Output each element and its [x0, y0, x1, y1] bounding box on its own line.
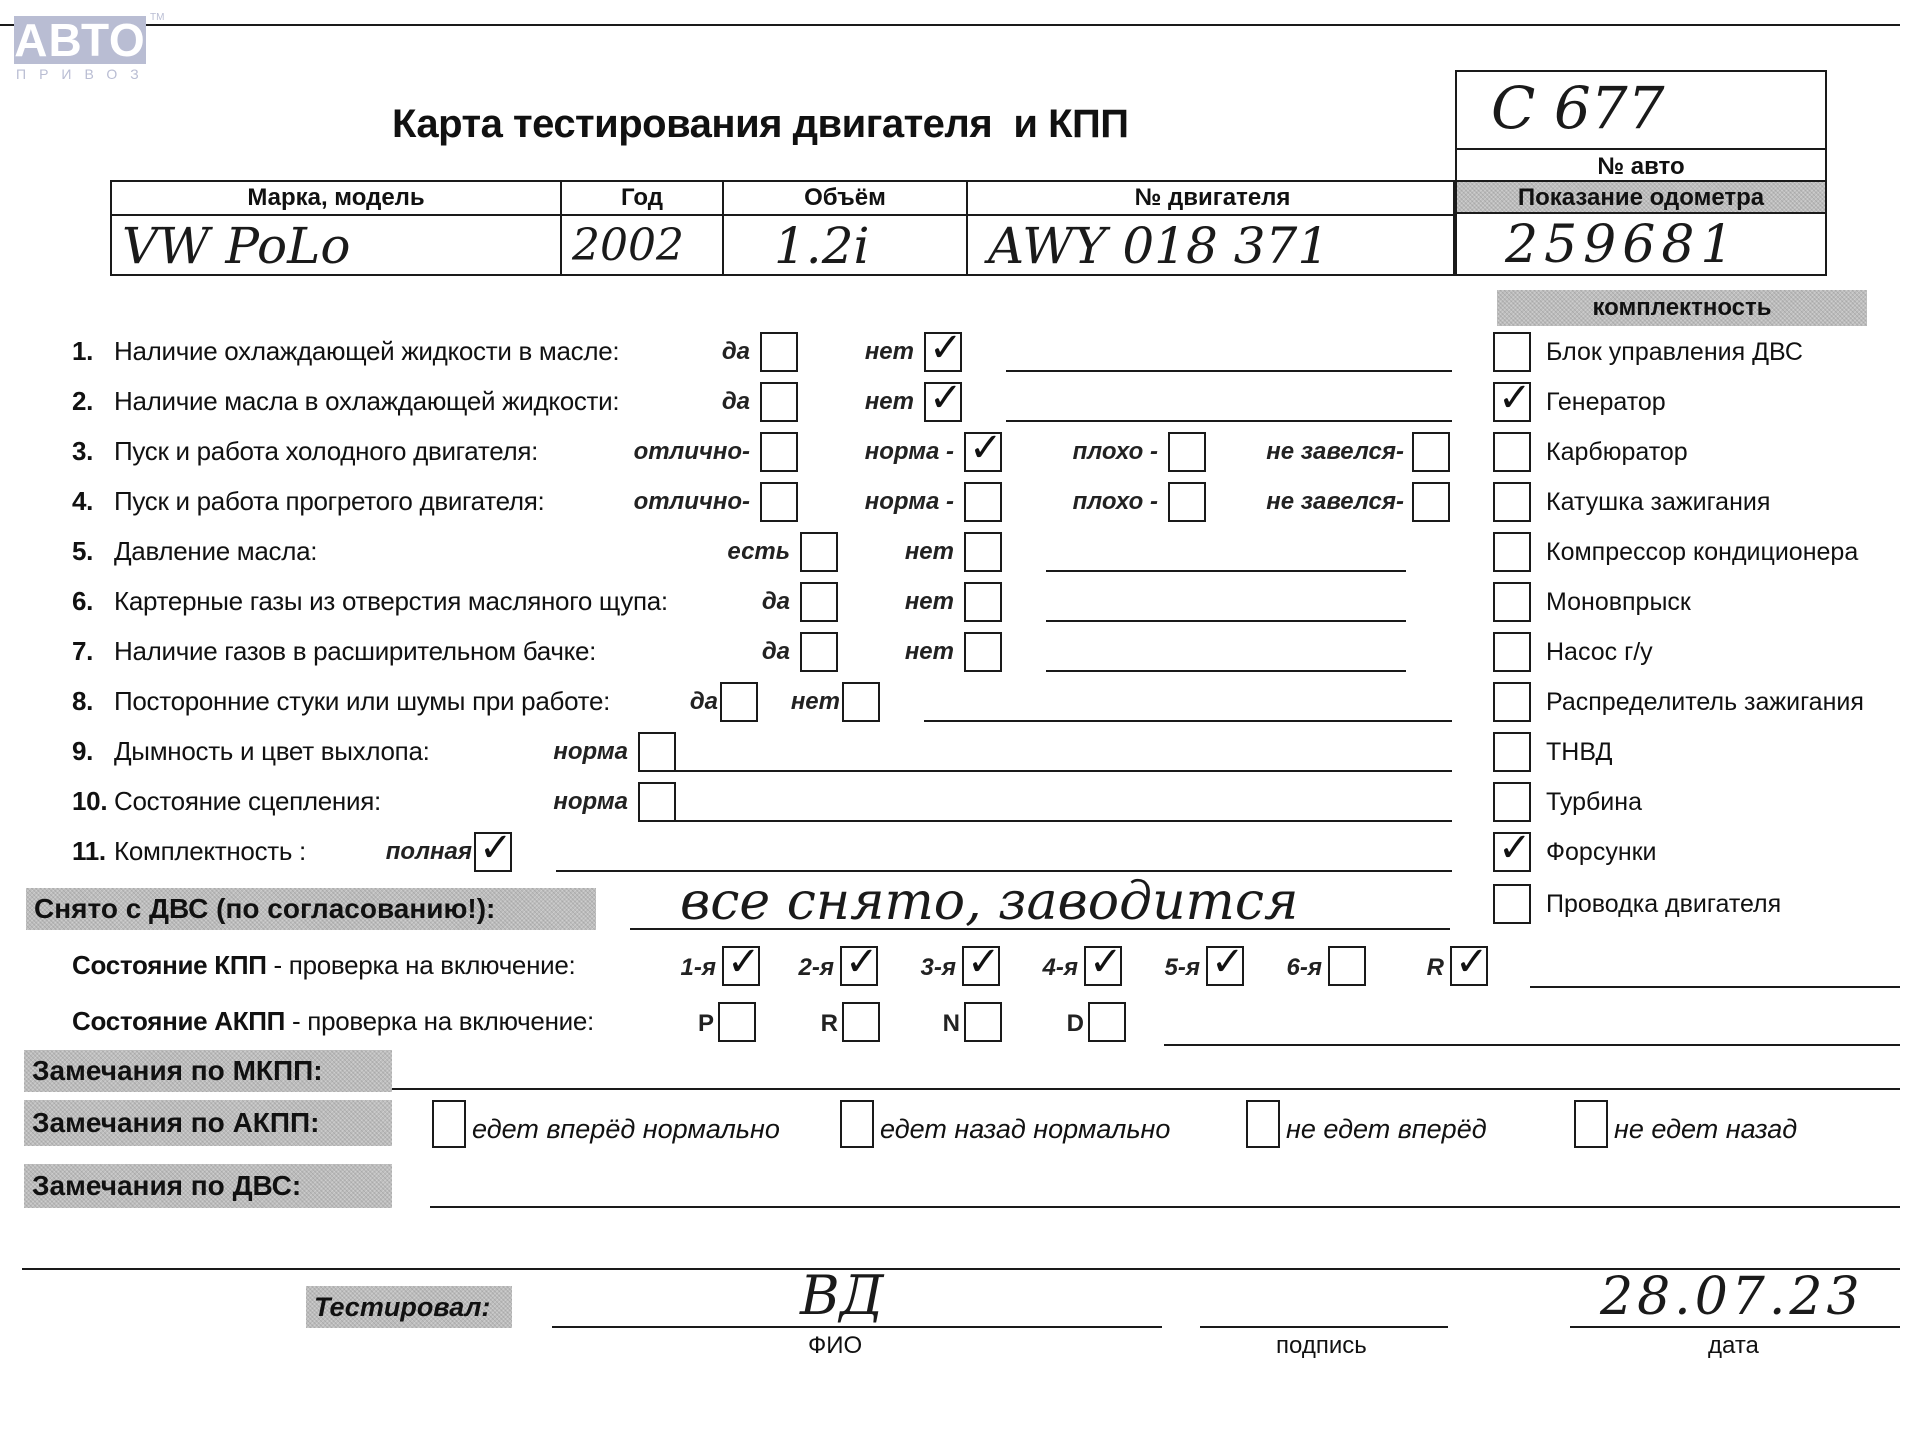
question-8-notes-line[interactable]	[924, 720, 1452, 722]
question-text: Наличие охлаждающей жидкости в масле:	[114, 336, 619, 367]
check-mark-icon: ✓	[1498, 828, 1532, 868]
option-label: нет	[905, 588, 954, 616]
gear-label: 1-я	[681, 954, 716, 982]
completeness-item-label: Катушка зажигания	[1546, 488, 1770, 517]
question-7-notes-line[interactable]	[1046, 670, 1406, 672]
option-label: отлично-	[634, 488, 750, 516]
auto-gearbox-line	[1164, 1044, 1900, 1046]
check-mark-icon: ✓	[1498, 378, 1532, 418]
akpp-position-label: P	[698, 1010, 714, 1038]
check-mark-icon: ✓	[845, 942, 879, 982]
option-label: не завелся-	[1266, 488, 1404, 516]
col-volume: Объём 1.2i	[724, 182, 968, 274]
option-label: да	[690, 688, 718, 716]
completeness-checkbox[interactable]	[1493, 732, 1531, 772]
akpp-remark-label: не едет вперёд	[1286, 1114, 1487, 1145]
question-4-option-checkbox[interactable]	[1168, 482, 1206, 522]
completeness-title: комплектность	[1497, 290, 1867, 326]
question-2-notes-line[interactable]	[1006, 420, 1452, 422]
question-3-option-checkbox[interactable]	[1168, 432, 1206, 472]
question-10-option-checkbox[interactable]	[638, 782, 676, 822]
gear-6-я-checkbox[interactable]	[1328, 946, 1366, 986]
question-number: 11.	[72, 836, 106, 867]
option-label: нет	[865, 388, 914, 416]
question-1-notes-line[interactable]	[1006, 370, 1452, 372]
akpp-position-N-checkbox[interactable]	[964, 1002, 1002, 1042]
gear-label: 2-я	[799, 954, 834, 982]
question-text: Дымность и цвет выхлопа:	[114, 736, 430, 767]
gear-4-я-checkbox[interactable]: ✓	[1084, 946, 1122, 986]
question-number: 2.	[72, 386, 93, 417]
signature-line[interactable]	[1200, 1326, 1448, 1328]
odometer-value[interactable]: 259681	[1505, 216, 1740, 274]
question-9-option-checkbox[interactable]	[638, 732, 676, 772]
gear-label: 4-я	[1043, 954, 1078, 982]
option-label: есть	[727, 538, 790, 566]
completeness-item-label: Блок управления ДВС	[1546, 338, 1803, 367]
question-9-notes-line[interactable]	[676, 770, 1452, 772]
manual-gearbox-label: Состояние КПП - проверка на включение:	[72, 950, 575, 981]
akpp-remark-checkbox[interactable]	[432, 1100, 466, 1148]
option-label: не завелся-	[1266, 438, 1404, 466]
vehicle-info-table: Марка, модель VW PoLo Год 2002 Объём 1.2…	[110, 180, 1455, 276]
akpp-position-label: N	[943, 1010, 960, 1038]
completeness-checkbox[interactable]	[1493, 532, 1531, 572]
question-11-option-checkbox[interactable]: ✓	[474, 832, 512, 872]
question-1-option-checkbox[interactable]: ✓	[924, 332, 962, 372]
question-10-notes-line[interactable]	[676, 820, 1452, 822]
remarks-akpp-label: Замечания по АКПП:	[24, 1100, 392, 1146]
col-year: Год 2002	[562, 182, 724, 274]
option-label: плохо -	[1073, 488, 1158, 516]
akpp-remark-checkbox[interactable]	[840, 1100, 874, 1148]
question-4-option-checkbox[interactable]	[964, 482, 1002, 522]
col-engine-number: № двигателя AWY 018 371	[968, 182, 1457, 274]
make-model-value[interactable]: VW PoLo	[122, 218, 554, 274]
akpp-position-R-checkbox[interactable]	[842, 1002, 880, 1042]
top-rule	[0, 24, 1900, 26]
manual-gearbox-line	[1530, 986, 1900, 988]
question-text: Наличие газов в расширительном бачке:	[114, 636, 596, 667]
option-label: норма	[553, 788, 628, 816]
completeness-item-label: Распределитель зажигания	[1546, 688, 1864, 717]
question-text: Картерные газы из отверстия масляного щу…	[114, 586, 668, 617]
auto-gearbox-bold: Состояние АКПП	[72, 1006, 285, 1036]
option-label: нет	[905, 638, 954, 666]
year-value[interactable]: 2002	[572, 218, 716, 274]
akpp-remark-label: едет назад нормально	[880, 1114, 1170, 1145]
check-mark-icon: ✓	[479, 828, 513, 868]
completeness-checkbox[interactable]	[1493, 682, 1531, 722]
completeness-item-label: Форсунки	[1546, 838, 1657, 867]
completeness-checkbox[interactable]	[1493, 432, 1531, 472]
question-number: 3.	[72, 436, 93, 467]
question-text: Посторонние стуки или шумы при работе:	[114, 686, 610, 717]
question-number: 7.	[72, 636, 93, 667]
gear-label: 3-я	[921, 954, 956, 982]
completeness-checkbox[interactable]	[1493, 632, 1531, 672]
option-label: да	[762, 588, 790, 616]
name-line	[552, 1326, 1162, 1328]
question-number: 6.	[72, 586, 93, 617]
completeness-checkbox[interactable]	[1493, 332, 1531, 372]
tester-name[interactable]: ВД	[800, 1266, 884, 1326]
question-text: Пуск и работа прогретого двигателя:	[114, 486, 544, 517]
question-5-option-checkbox[interactable]	[800, 532, 838, 572]
question-8-option-checkbox[interactable]	[842, 682, 880, 722]
completeness-checkbox[interactable]: ✓	[1493, 382, 1531, 422]
question-1-option-checkbox[interactable]	[760, 332, 798, 372]
option-label: нет	[905, 538, 954, 566]
check-mark-icon: ✓	[967, 942, 1001, 982]
auto-gearbox-rest: - проверка на включение:	[285, 1006, 594, 1036]
logo-main: АВТО	[14, 16, 146, 64]
volume-value[interactable]: 1.2i	[774, 218, 960, 274]
question-2-option-checkbox[interactable]	[760, 382, 798, 422]
removed-line	[630, 928, 1450, 930]
col-header: Марка, модель	[112, 182, 560, 216]
col-header: № двигателя	[968, 182, 1457, 216]
date-line	[1570, 1326, 1900, 1328]
completeness-item-label: Карбюратор	[1546, 438, 1688, 467]
option-label: отлично-	[634, 438, 750, 466]
question-8-option-checkbox[interactable]	[720, 682, 758, 722]
remarks-dvs-label: Замечания по ДВС:	[24, 1164, 392, 1208]
avto-privoz-logo: АВТО TM ПРИВОЗ	[14, 16, 152, 82]
car-number-label: № авто	[1457, 148, 1825, 184]
akpp-remark-label: не едет назад	[1614, 1114, 1797, 1145]
engine-number-value[interactable]: AWY 018 371	[988, 218, 1451, 274]
gear-1-я-checkbox[interactable]: ✓	[722, 946, 760, 986]
car-number-value[interactable]: C 677	[1491, 72, 1665, 144]
question-number: 1.	[72, 336, 93, 367]
question-text: Давление масла:	[114, 536, 317, 567]
completeness-item-label: ТНВД	[1546, 738, 1612, 767]
car-number-box: C 677 № авто	[1455, 70, 1827, 182]
akpp-remark-label: едет вперёд нормально	[472, 1114, 780, 1145]
question-3-option-checkbox[interactable]	[760, 432, 798, 472]
gear-label: 5-я	[1165, 954, 1200, 982]
completeness-checkbox[interactable]: ✓	[1493, 832, 1531, 872]
removed-label: Снято с ДВС (по согласованию!):	[26, 888, 596, 930]
akpp-remark-checkbox[interactable]	[1246, 1100, 1280, 1148]
tested-by-text: Тестировал:	[314, 1292, 490, 1322]
question-7-option-checkbox[interactable]	[964, 632, 1002, 672]
gear-3-я-checkbox[interactable]: ✓	[962, 946, 1000, 986]
gear-R-checkbox[interactable]: ✓	[1450, 946, 1488, 986]
option-label: да	[722, 338, 750, 366]
remarks-mkpp-line[interactable]	[392, 1088, 1900, 1090]
check-mark-icon: ✓	[929, 328, 963, 368]
question-text: Комплектность :	[114, 836, 306, 867]
question-text: Состояние сцепления:	[114, 786, 381, 817]
manual-gearbox-bold: Состояние КПП	[72, 950, 267, 980]
akpp-position-P-checkbox[interactable]	[718, 1002, 756, 1042]
option-label: плохо -	[1073, 438, 1158, 466]
removed-value[interactable]: все снято, заводится	[680, 872, 1298, 932]
option-label: нет	[865, 338, 914, 366]
completeness-item-label: Проводка двигателя	[1546, 890, 1781, 919]
completeness-item-label: Насос г/у	[1546, 638, 1653, 667]
completeness-item-label: Компрессор кондиционера	[1546, 538, 1858, 567]
check-mark-icon: ✓	[727, 942, 761, 982]
date-caption: дата	[1708, 1332, 1759, 1360]
question-2-option-checkbox[interactable]: ✓	[924, 382, 962, 422]
option-label: полная	[386, 838, 472, 866]
col-header: Объём	[724, 182, 966, 216]
akpp-position-D-checkbox[interactable]	[1088, 1002, 1126, 1042]
completeness-checkbox[interactable]	[1493, 482, 1531, 522]
question-number: 9.	[72, 736, 93, 767]
check-mark-icon: ✓	[969, 428, 1003, 468]
manual-gearbox-rest: - проверка на включение:	[267, 950, 576, 980]
test-date[interactable]: 28.07.23	[1600, 1268, 1864, 1326]
logo-tm: TM	[150, 12, 164, 23]
question-text: Пуск и работа холодного двигателя:	[114, 436, 538, 467]
question-4-option-checkbox[interactable]	[1412, 482, 1450, 522]
question-5-option-checkbox[interactable]	[964, 532, 1002, 572]
logo-sub: ПРИВОЗ	[14, 66, 152, 82]
signature-caption: подпись	[1276, 1332, 1367, 1360]
question-number: 10.	[72, 786, 107, 817]
auto-gearbox-label: Состояние АКПП - проверка на включение:	[72, 1006, 594, 1037]
akpp-remark-checkbox[interactable]	[1574, 1100, 1608, 1148]
check-mark-icon: ✓	[1455, 942, 1489, 982]
completeness-checkbox[interactable]	[1493, 782, 1531, 822]
completeness-checkbox[interactable]	[1493, 582, 1531, 622]
option-label: нет	[791, 688, 840, 716]
question-6-option-checkbox[interactable]	[964, 582, 1002, 622]
akpp-position-label: R	[821, 1010, 838, 1038]
col-make-model: Марка, модель VW PoLo	[112, 182, 562, 274]
question-text: Наличие масла в охлаждающей жидкости:	[114, 386, 619, 417]
gear-5-я-checkbox[interactable]: ✓	[1206, 946, 1244, 986]
gear-label: R	[1427, 954, 1444, 982]
question-number: 8.	[72, 686, 93, 717]
question-3-option-checkbox[interactable]: ✓	[964, 432, 1002, 472]
page-title: Карта тестирования двигателя и КПП	[392, 102, 1129, 147]
completeness-item-label: Моновпрыск	[1546, 588, 1691, 617]
option-label: да	[722, 388, 750, 416]
check-mark-icon: ✓	[1211, 942, 1245, 982]
col-header: Год	[562, 182, 722, 216]
gear-2-я-checkbox[interactable]: ✓	[840, 946, 878, 986]
option-label: норма -	[865, 488, 954, 516]
check-mark-icon: ✓	[929, 378, 963, 418]
name-caption: ФИО	[808, 1332, 862, 1360]
check-mark-icon: ✓	[1089, 942, 1123, 982]
question-6-notes-line[interactable]	[1046, 620, 1406, 622]
completeness-item-label: Генератор	[1546, 388, 1666, 417]
question-7-option-checkbox[interactable]	[800, 632, 838, 672]
question-3-option-checkbox[interactable]	[1412, 432, 1450, 472]
akpp-position-label: D	[1067, 1010, 1084, 1038]
option-label: норма	[553, 738, 628, 766]
question-4-option-checkbox[interactable]	[760, 482, 798, 522]
remarks-dvs-line[interactable]	[430, 1206, 1900, 1208]
tested-by-label: Тестировал:	[306, 1286, 512, 1328]
gear-label: 6-я	[1287, 954, 1322, 982]
question-number: 5.	[72, 536, 93, 567]
col-odometer: Показание одометра 259681	[1455, 180, 1827, 276]
question-6-option-checkbox[interactable]	[800, 582, 838, 622]
remarks-mkpp-label: Замечания по МКПП:	[24, 1050, 392, 1092]
odometer-header: Показание одометра	[1457, 182, 1825, 214]
question-5-notes-line[interactable]	[1046, 570, 1406, 572]
question-number: 4.	[72, 486, 93, 517]
completeness-item-label: Турбина	[1546, 788, 1642, 817]
option-label: норма -	[865, 438, 954, 466]
option-label: да	[762, 638, 790, 666]
completeness-checkbox[interactable]	[1493, 884, 1531, 924]
